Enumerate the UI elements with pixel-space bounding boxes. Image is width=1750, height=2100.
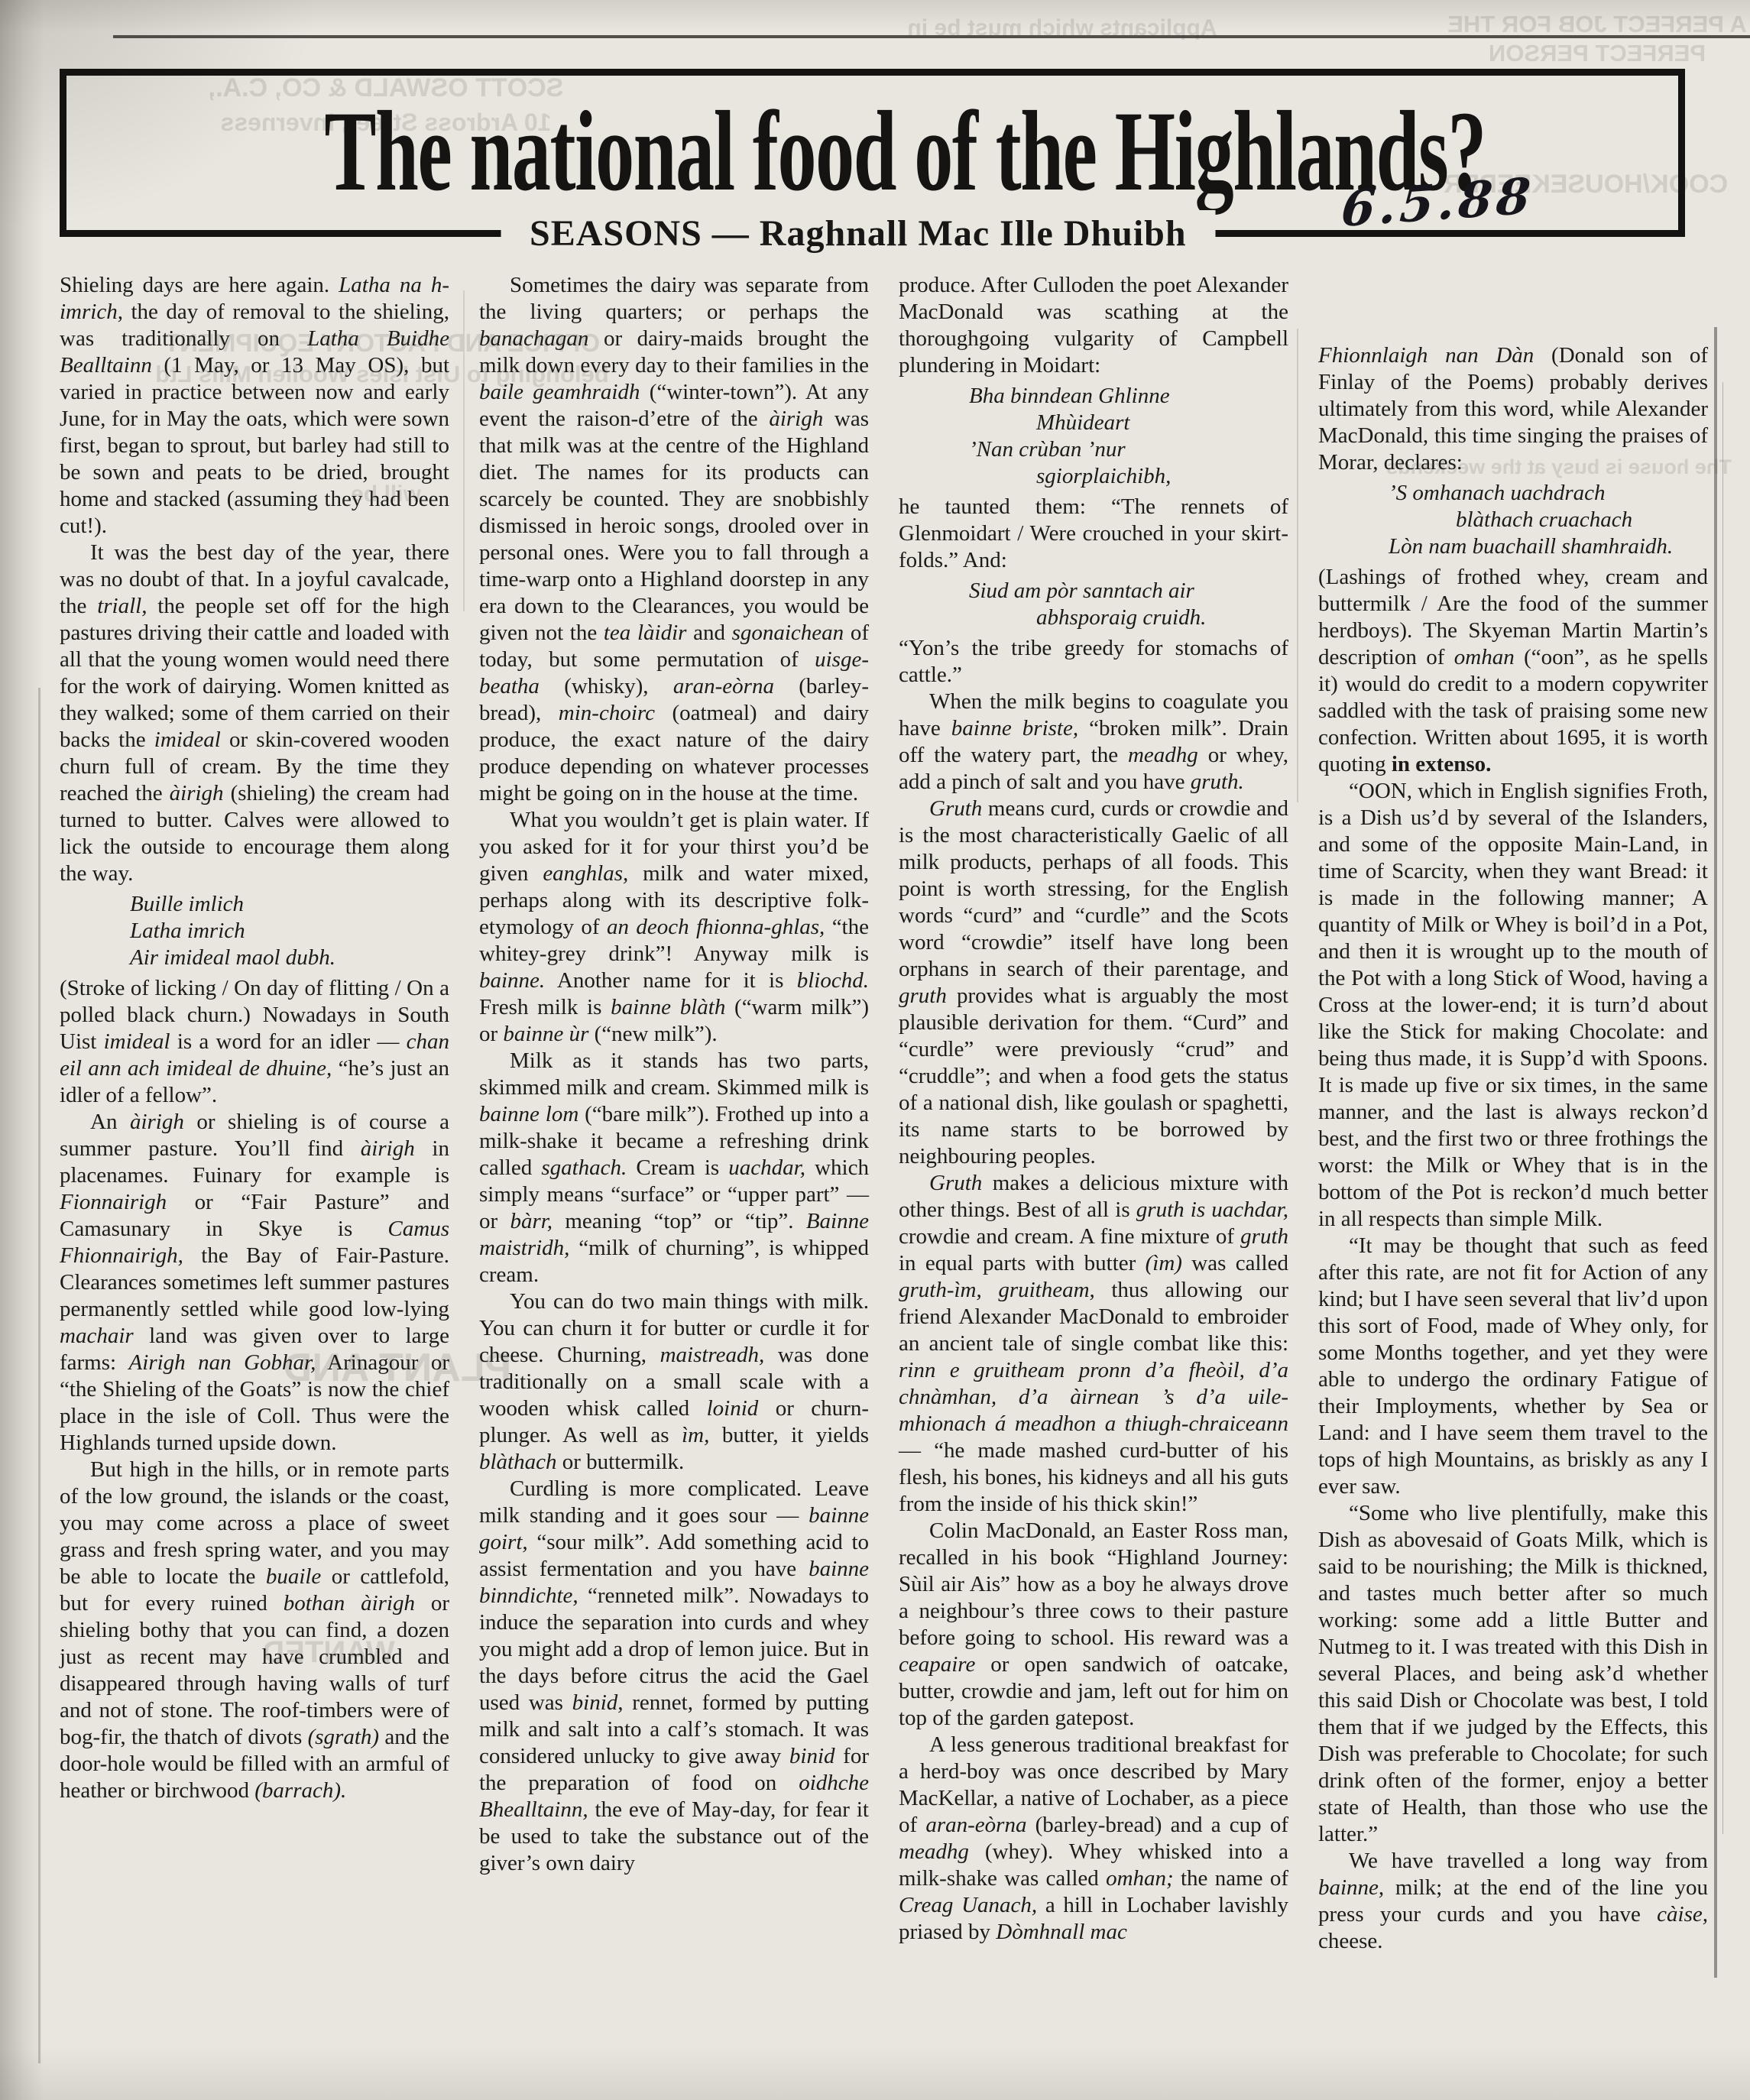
paragraph: Fhionnlaigh nan Dàn (Donald son of Finla… xyxy=(1318,342,1708,476)
article-column-3: produce. After Culloden the poet Alexand… xyxy=(899,272,1288,1955)
gaelic-term: (sgrath) xyxy=(308,1725,379,1749)
gaelic-term: blàthach xyxy=(479,1450,557,1474)
gaelic-term: imideal xyxy=(104,1029,170,1054)
body-text: “Some who live plentifully, make this Di… xyxy=(1318,1501,1708,1846)
bleedthrough-text: A PERFECT JOB FOR THE xyxy=(1447,11,1747,38)
paragraph: When the milk begins to coagulate you ha… xyxy=(899,689,1288,796)
gaelic-term: buaile xyxy=(266,1564,322,1589)
gaelic-term: gruth-ìm, gruitheam, xyxy=(899,1278,1095,1302)
paragraph: What you wouldn’t get is plain water. If… xyxy=(479,807,869,1048)
body-text: “It may be thought that such as feed aft… xyxy=(1318,1233,1708,1499)
gaelic-term: (barrach). xyxy=(254,1778,346,1803)
body-text: — “he made mashed curd-butter of his fle… xyxy=(899,1438,1288,1516)
column-rule-right xyxy=(1714,327,1717,1978)
verse-line: Latha imrich xyxy=(130,918,449,945)
gaelic-term: aran-eòrna xyxy=(925,1813,1026,1837)
paragraph: “Yon’s the tribe greedy for stomachs of … xyxy=(899,635,1288,689)
gaelic-term: bainne lom xyxy=(479,1102,578,1126)
paragraph: Milk as it stands has two parts, skimmed… xyxy=(479,1048,869,1288)
gaelic-term: bliochd. xyxy=(797,968,869,993)
verse-block: Siud am pòr sanntach airabhsporaig cruid… xyxy=(969,578,1288,631)
gaelic-term: Fhionnlaigh nan Dàn xyxy=(1318,343,1534,368)
body-text: Cream is xyxy=(627,1155,728,1180)
paragraph: “OON, which in English signifies Froth, … xyxy=(1318,778,1708,1233)
verse-line: ’Nan crùban ’nur xyxy=(969,436,1288,463)
body-text: means curd, curds or crowdie and is the … xyxy=(899,796,1288,981)
body-text: (1 May, or 13 May OS), but varied in pra… xyxy=(60,353,449,538)
column-rule-right-thin xyxy=(1722,382,1723,1834)
paragraph: produce. After Culloden the poet Alexand… xyxy=(899,272,1288,379)
body-text: (whisky), xyxy=(540,674,673,698)
gaelic-term: triall, xyxy=(97,594,147,618)
verse-block: Buille imlichLatha imrichAir imideal mao… xyxy=(130,891,449,971)
paragraph: Colin MacDonald, an Easter Ross man, rec… xyxy=(899,1518,1288,1732)
gaelic-term: machair xyxy=(60,1324,134,1348)
byline-text: SEASONS — Raghnall Mac Ille Dhuibh xyxy=(530,213,1187,254)
body-text: the name of xyxy=(1174,1866,1288,1891)
paragraph: “It may be thought that such as feed aft… xyxy=(1318,1233,1708,1500)
gaelic-term: banachagan xyxy=(479,326,588,351)
body-text: crowdie and cream. A fine mixture of xyxy=(899,1224,1240,1249)
gaelic-term: (ìm) xyxy=(1146,1251,1182,1275)
paragraph: You can do two main things with milk. Yo… xyxy=(479,1288,869,1476)
newspaper-page: SCOTT OSWALD & CO, C.A.,10 Ardross Stree… xyxy=(0,0,1750,2100)
body-text: (“new milk”). xyxy=(588,1022,717,1046)
column-rule-left xyxy=(38,688,41,2063)
paragraph: he taunted them: “The rennets of Glenmoi… xyxy=(899,494,1288,574)
gaelic-term: eanghlas, xyxy=(543,861,628,886)
body-text: “Yon’s the tribe greedy for stomachs of … xyxy=(899,636,1288,687)
body-text: is a word for an idler — xyxy=(170,1029,407,1054)
gaelic-term: tea làidir xyxy=(604,621,687,645)
paragraph: But high in the hills, or in remote part… xyxy=(60,1457,449,1804)
scan-shadow-bottom xyxy=(0,2047,1750,2100)
byline: SEASONS — Raghnall Mac Ille Dhuibh xyxy=(501,210,1216,258)
gaelic-term: imideal xyxy=(154,728,221,752)
gaelic-term: Fionnairigh xyxy=(60,1190,167,1214)
gaelic-term: omhan; xyxy=(1106,1866,1174,1891)
body-text: meaning “top” or “tip”. xyxy=(553,1209,806,1233)
verse-block: ’S omhanach uachdrachblàthach cruachachL… xyxy=(1389,480,1708,560)
paragraph: (Lashings of frothed whey, cream and but… xyxy=(1318,564,1708,778)
gaelic-term: gruth xyxy=(1240,1224,1288,1249)
paragraph: Gruth means curd, curds or crowdie and i… xyxy=(899,796,1288,1170)
gaelic-term: gruth xyxy=(899,984,947,1008)
verse-line: Lòn nam buachaill shamhraidh. xyxy=(1389,533,1708,560)
body-text: Another name for it is xyxy=(545,968,797,993)
gaelic-term: aran-eòrna xyxy=(673,674,774,698)
article-column-1: Shieling days are here again. Latha na h… xyxy=(60,272,449,1955)
body-text: he taunted them: “The rennets of Glenmoi… xyxy=(899,494,1288,572)
gaelic-term: bàrr, xyxy=(510,1209,553,1233)
top-rule xyxy=(113,35,1750,38)
scan-shadow-left xyxy=(0,0,44,2100)
paragraph: “Some who live plentifully, make this Di… xyxy=(1318,1500,1708,1848)
body-text: was that milk was at the centre of the H… xyxy=(479,407,869,645)
body-text: Milk as it stands has two parts, skimmed… xyxy=(479,1048,869,1100)
gaelic-term: Gruth xyxy=(929,1171,982,1195)
gaelic-term: meadhg xyxy=(899,1839,969,1864)
paragraph: We have travelled a long way from bainne… xyxy=(1318,1848,1708,1955)
headline: The national food of the Highlands? xyxy=(324,86,1420,216)
gaelic-term: omhan xyxy=(1454,645,1515,669)
gaelic-term: uachdar, xyxy=(728,1155,805,1180)
body-text: We have travelled a long way from xyxy=(1349,1849,1708,1873)
paragraph: An àirigh or shieling is of course a sum… xyxy=(60,1109,449,1457)
gaelic-term: àirigh xyxy=(170,781,224,805)
verse-line: Buille imlich xyxy=(130,891,449,918)
paragraph: Sometimes the dairy was separate from th… xyxy=(479,272,869,807)
gaelic-term: sgathach. xyxy=(541,1155,627,1180)
gaelic-term: meadhg xyxy=(1128,743,1198,767)
gaelic-term: Airigh nan Gobhar, xyxy=(129,1350,316,1375)
gaelic-term: àirigh xyxy=(130,1110,184,1134)
body-text: cheese. xyxy=(1318,1929,1383,1953)
paragraph: Shieling days are here again. Latha na h… xyxy=(60,272,449,540)
gaelic-term: àirigh xyxy=(361,1136,415,1161)
gaelic-term: bainne. xyxy=(479,968,545,993)
gaelic-term: Creag Uanach, xyxy=(899,1893,1037,1917)
gaelic-term: binid xyxy=(789,1744,835,1768)
gaelic-term: Dòmhnall mac xyxy=(996,1920,1127,1944)
gaelic-term: maistreadh, xyxy=(660,1343,765,1367)
verse-block: Bha binndean GhlinneMhùideart’Nan crùban… xyxy=(969,383,1288,490)
verse-line: Mhùideart xyxy=(969,410,1288,436)
gaelic-term: bainne blàth xyxy=(611,995,725,1019)
verse-line: abhsporaig cruidh. xyxy=(969,604,1288,631)
verse-line: sgiorplaichibh, xyxy=(969,463,1288,490)
gaelic-term: càise, xyxy=(1657,1902,1708,1927)
paragraph: Gruth makes a delicious mixture with oth… xyxy=(899,1170,1288,1518)
body-text: (barley-bread) and a cup of xyxy=(1026,1813,1288,1837)
gaelic-term: baile geamhraidh xyxy=(479,380,640,404)
gaelic-term: binid, xyxy=(572,1690,624,1715)
paragraph: (Stroke of licking / On day of flitting … xyxy=(60,975,449,1109)
bleedthrough-text: PERFECT PERSON xyxy=(1489,40,1706,67)
body-text: Shieling days are here again. xyxy=(60,273,339,297)
verse-line: Siud am pòr sanntach air xyxy=(969,578,1288,604)
verse-line: blàthach cruachach xyxy=(1389,507,1708,533)
body-text: or buttermilk. xyxy=(557,1450,685,1474)
body-text: produce. After Culloden the poet Alexand… xyxy=(899,273,1288,378)
gaelic-term: gruth is uachdar, xyxy=(1136,1197,1288,1222)
body-text: in extenso. xyxy=(1392,752,1492,776)
gaelic-term: min-choirc xyxy=(559,701,655,725)
gaelic-term: bothan àirigh xyxy=(284,1591,415,1616)
body-text: Colin MacDonald, an Easter Ross man, rec… xyxy=(899,1518,1288,1650)
paragraph: Curdling is more complicated. Leave milk… xyxy=(479,1476,869,1877)
gaelic-term: bainne ùr xyxy=(503,1022,588,1046)
gaelic-term: àirigh xyxy=(769,407,823,431)
article-columns: Shieling days are here again. Latha na h… xyxy=(60,272,1709,1955)
verse-line: Air imideal maol dubh. xyxy=(130,945,449,971)
paragraph: It was the best day of the year, there w… xyxy=(60,540,449,887)
article-column-4: Fhionnlaigh nan Dàn (Donald son of Finla… xyxy=(1318,272,1708,1955)
gaelic-term: gruth. xyxy=(1191,770,1244,794)
body-text: An xyxy=(90,1110,130,1134)
paragraph: A less generous traditional breakfast fo… xyxy=(899,1732,1288,1946)
verse-line: Bha binndean Ghlinne xyxy=(969,383,1288,410)
gaelic-term: sgonaichean xyxy=(732,621,844,645)
gaelic-term: bainne, xyxy=(1318,1875,1384,1900)
gaelic-term: loinid xyxy=(707,1396,759,1421)
body-text: butter, it yields xyxy=(709,1423,869,1447)
verse-line: ’S omhanach uachdrach xyxy=(1389,480,1708,507)
body-text: in equal parts with butter xyxy=(899,1251,1146,1275)
article-column-2: Sometimes the dairy was separate from th… xyxy=(479,272,869,1955)
body-text: was called xyxy=(1182,1251,1288,1275)
body-text: “OON, which in English signifies Froth, … xyxy=(1318,779,1708,1231)
gaelic-term: ìm, xyxy=(682,1423,709,1447)
gaelic-term: rinn e gruitheam pronn d’a fheòil, d’a c… xyxy=(899,1358,1288,1436)
body-text: provides what is arguably the most plaus… xyxy=(899,984,1288,1168)
gaelic-term: Gruth xyxy=(929,796,982,821)
body-text: Fresh milk is xyxy=(479,995,611,1019)
gaelic-term: ceapaire xyxy=(899,1652,975,1677)
gaelic-term: bainne briste, xyxy=(951,716,1078,741)
gaelic-term: an deoch fhionna-ghlas, xyxy=(607,915,825,939)
body-text: Sometimes the dairy was separate from th… xyxy=(479,273,869,324)
body-text: and xyxy=(686,621,731,645)
